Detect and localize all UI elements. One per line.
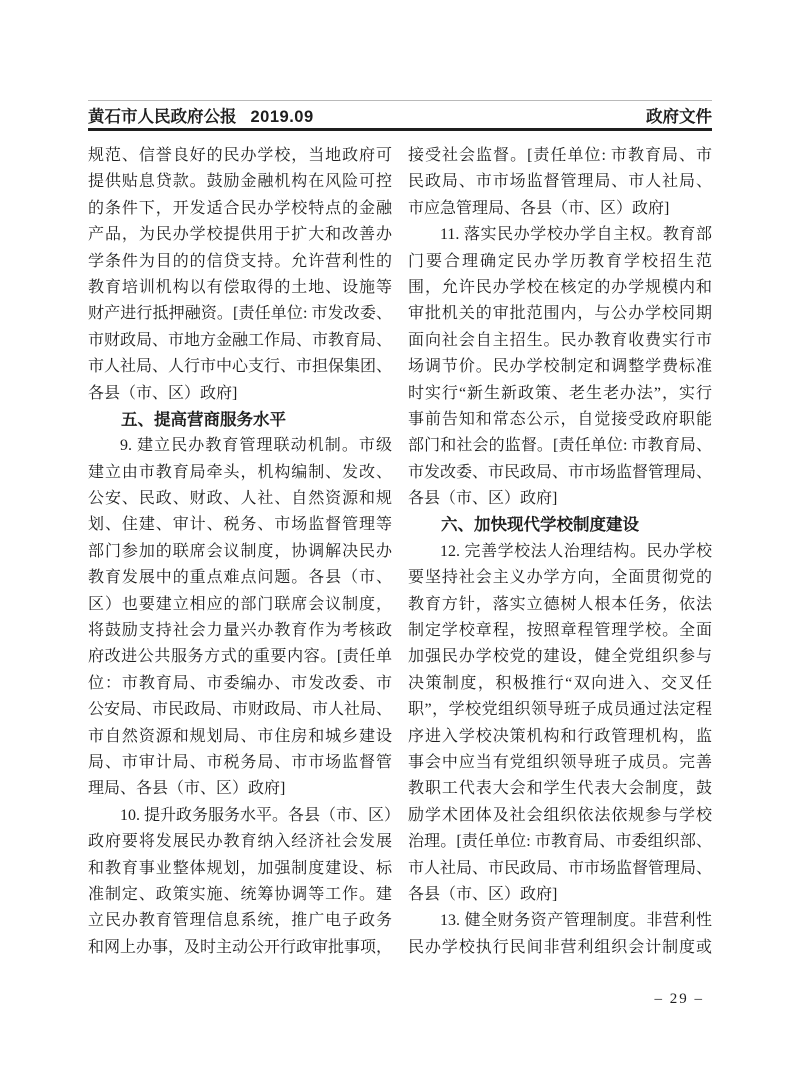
text-line: 规范、信誉良好的民办学校，当地政府可 xyxy=(88,143,392,169)
text-line: 市人社局、人行市中心支行、市担保集团、 xyxy=(88,354,392,380)
right-column: 接受社会监督。[责任单位: 市教育局、市民政局、市市场监督管理局、市人社局、市应… xyxy=(408,143,712,961)
text-line: 准制定、政策实施、统筹协调等工作。建 xyxy=(88,882,392,908)
page-header: 黄石市人民政府公报 2019.09 政府文件 xyxy=(88,100,712,131)
text-line: 各县（市、区）政府] xyxy=(408,486,712,512)
text-line: 各县（市、区）政府] xyxy=(408,882,712,908)
text-line: 民办学校执行民间非营利组织会计制度或 xyxy=(408,935,712,961)
text-line: 加强民办学校党的建设，健全党组织参与 xyxy=(408,644,712,670)
text-line: 财产进行抵押融资。[责任单位: 市发改委、 xyxy=(88,301,392,327)
text-line: 理局、各县（市、区）政府] xyxy=(88,776,392,802)
text-line: 提供贴息贷款。鼓励金融机构在风险可控 xyxy=(88,169,392,195)
text-line: 教育方针，落实立德树人根本任务，依法 xyxy=(408,592,712,618)
text-line: 各县（市、区）政府] xyxy=(88,381,392,407)
text-line: 励学术团体及社会组织依法依规参与学校 xyxy=(408,803,712,829)
text-line: 制定学校章程，按照章程管理学校。全面 xyxy=(408,618,712,644)
text-line: 市应急管理局、各县（市、区）政府] xyxy=(408,196,712,222)
text-line: 9. 建立民办教育管理联动机制。市级 xyxy=(88,433,392,459)
text-line: 13. 健全财务资产管理制度。非营利性 xyxy=(408,908,712,934)
text-line: 接受社会监督。[责任单位: 市教育局、市 xyxy=(408,143,712,169)
text-line: 市发改委、市民政局、市市场监督管理局、 xyxy=(408,460,712,486)
text-line: 时实行“新生新政策、老生老办法”，实行 xyxy=(408,381,712,407)
text-line: 事前告知和常态公示，自觉接受政府职能 xyxy=(408,407,712,433)
text-line: 12. 完善学校法人治理结构。民办学校 xyxy=(408,539,712,565)
text-line: 区）也要建立相应的部门联席会议制度， xyxy=(88,592,392,618)
text-line: 市自然资源和规划局、市住房和城乡建设 xyxy=(88,724,392,750)
text-line: 产品，为民办学校提供用于扩大和改善办 xyxy=(88,222,392,248)
text-line: 划、住建、审计、税务、市场监督管理等 xyxy=(88,512,392,538)
text-line: 11. 落实民办学校办学自主权。教育部 xyxy=(408,222,712,248)
text-line: 事会中应当有党组织领导班子成员。完善 xyxy=(408,750,712,776)
text-line: 局、市审计局、市税务局、市市场监督管 xyxy=(88,750,392,776)
text-line: 门要合理确定民办学历教育学校招生范 xyxy=(408,249,712,275)
section-label: 政府文件 xyxy=(646,103,712,127)
text-line: 和教育事业整体规划，加强制度建设、标 xyxy=(88,856,392,882)
text-line: 公安局、市民政局、市财政局、市人社局、 xyxy=(88,697,392,723)
text-line: 治理。[责任单位: 市教育局、市委组织部、 xyxy=(408,829,712,855)
section-heading: 五、提高营商服务水平 xyxy=(88,407,392,433)
text-line: 职”，学校党组织领导班子成员通过法定程 xyxy=(408,697,712,723)
text-line: 审批机关的审批范围内，与公办学校同期 xyxy=(408,301,712,327)
text-line: 场调节价。民办学校制定和调整学费标准 xyxy=(408,354,712,380)
text-line: 公安、民政、财政、人社、自然资源和规 xyxy=(88,486,392,512)
gazette-title: 黄石市人民政府公报 2019.09 xyxy=(88,103,314,127)
left-column: 规范、信誉良好的民办学校，当地政府可提供贴息贷款。鼓励金融机构在风险可控的条件下… xyxy=(88,143,392,961)
text-line: 的条件下，开发适合民办学校特点的金融 xyxy=(88,196,392,222)
text-line: 围，允许民办学校在核定的办学规模内和 xyxy=(408,275,712,301)
gazette-page: 黄石市人民政府公报 2019.09 政府文件 规范、信誉良好的民办学校，当地政府… xyxy=(0,0,800,1085)
text-line: 民政局、市市场监督管理局、市人社局、 xyxy=(408,169,712,195)
text-line: 部门参加的联席会议制度，协调解决民办 xyxy=(88,539,392,565)
text-line: 学条件为目的的信贷支持。允许营利性的 xyxy=(88,249,392,275)
text-line: 建立由市教育局牵头，机构编制、发改、 xyxy=(88,460,392,486)
text-line: 位：市教育局、市委编办、市发改委、市 xyxy=(88,671,392,697)
document-body: 规范、信誉良好的民办学校，当地政府可提供贴息贷款。鼓励金融机构在风险可控的条件下… xyxy=(88,143,712,961)
text-line: 政府要将发展民办教育纳入经济社会发展 xyxy=(88,829,392,855)
gazette-name: 黄石市人民政府公报 xyxy=(88,103,237,127)
text-line: 要坚持社会主义办学方向，全面贯彻党的 xyxy=(408,565,712,591)
text-line: 教育发展中的重点难点问题。各县（市、 xyxy=(88,565,392,591)
text-line: 和网上办事，及时主动公开行政审批事项， xyxy=(88,935,392,961)
text-line: 10. 提升政务服务水平。各县（市、区） xyxy=(88,803,392,829)
text-line: 市财政局、市地方金融工作局、市教育局、 xyxy=(88,328,392,354)
text-line: 决策制度，积极推行“双向进入、交叉任 xyxy=(408,671,712,697)
page-number: – 29 – xyxy=(655,991,705,1008)
text-line: 面向社会自主招生。民办教育收费实行市 xyxy=(408,328,712,354)
text-line: 部门和社会的监督。[责任单位: 市教育局、 xyxy=(408,433,712,459)
text-line: 序进入学校决策机构和行政管理机构，监 xyxy=(408,724,712,750)
text-line: 市人社局、市民政局、市市场监督管理局、 xyxy=(408,856,712,882)
text-line: 将鼓励支持社会力量兴办教育作为考核政 xyxy=(88,618,392,644)
text-line: 立民办教育管理信息系统，推广电子政务 xyxy=(88,908,392,934)
text-line: 府改进公共服务方式的重要内容。[责任单 xyxy=(88,644,392,670)
text-line: 教职工代表大会和学生代表大会制度，鼓 xyxy=(408,776,712,802)
section-heading: 六、加快现代学校制度建设 xyxy=(408,512,712,538)
issue-number: 2019.09 xyxy=(251,108,314,127)
text-line: 教育培训机构以有偿取得的土地、设施等 xyxy=(88,275,392,301)
